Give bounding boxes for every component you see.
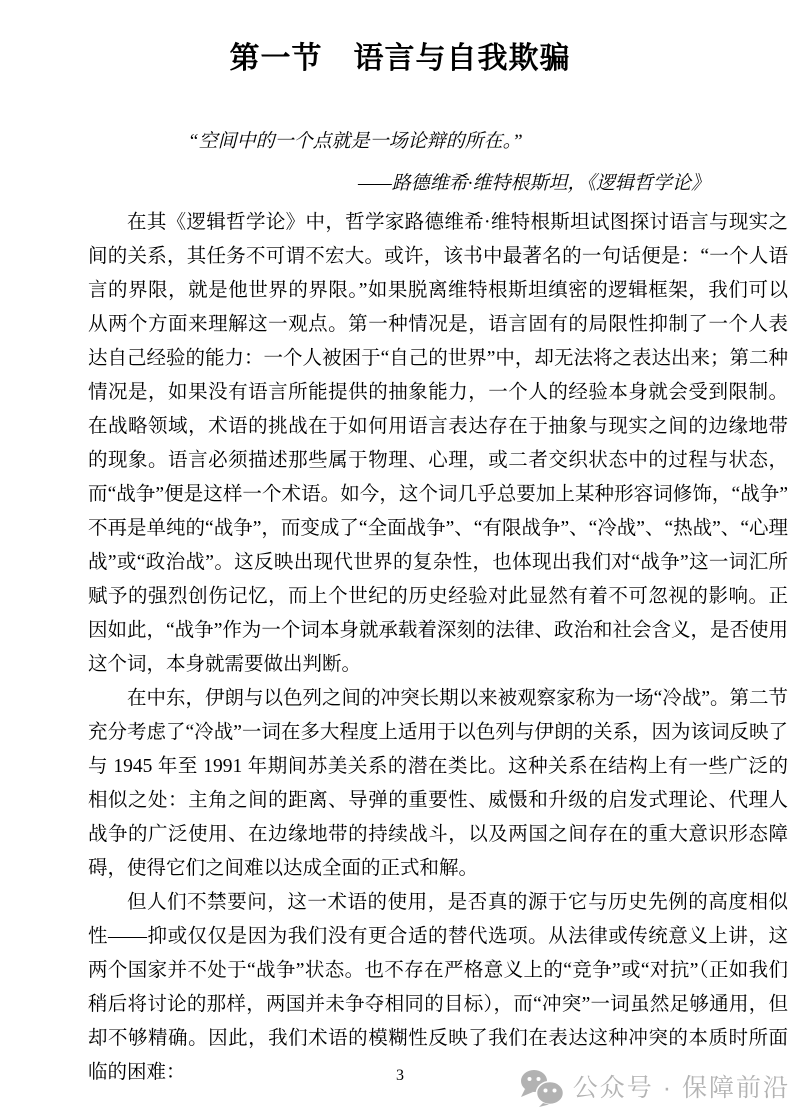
watermark-text: 公众号 · 保障前沿 xyxy=(573,1070,790,1106)
paragraph-1: 在其《逻辑哲学论》中，哲学家路德维希·维特根斯坦试图探讨语言与现实之间的关系，其… xyxy=(88,206,788,682)
paragraph-2: 在中东，伊朗与以色列之间的冲突长期以来被观察家称为一场“冷战”。第二节充分考虑了… xyxy=(88,682,788,886)
document-page: 第一节 语言与自我欺骗 “空间中的一个点就是一场论辩的所在。” ——路德维希·维… xyxy=(0,0,800,1119)
paragraph-3: 但人们不禁要问，这一术语的使用，是否真的源于它与历史先例的高度相似性——抑或仅仅… xyxy=(88,886,788,1090)
section-title: 第一节 语言与自我欺骗 xyxy=(0,42,800,75)
wechat-icon xyxy=(520,1069,564,1107)
watermark: 公众号 · 保障前沿 xyxy=(520,1069,790,1107)
epigraph: “空间中的一个点就是一场论辩的所在。” ——路德维希·维特根斯坦，《逻辑哲学论》 xyxy=(188,129,710,196)
epigraph-attribution: ——路德维希·维特根斯坦，《逻辑哲学论》 xyxy=(188,171,710,196)
epigraph-quote: “空间中的一个点就是一场论辩的所在。” xyxy=(188,129,710,154)
body-text: 在其《逻辑哲学论》中，哲学家路德维希·维特根斯坦试图探讨语言与现实之间的关系，其… xyxy=(88,206,788,1090)
